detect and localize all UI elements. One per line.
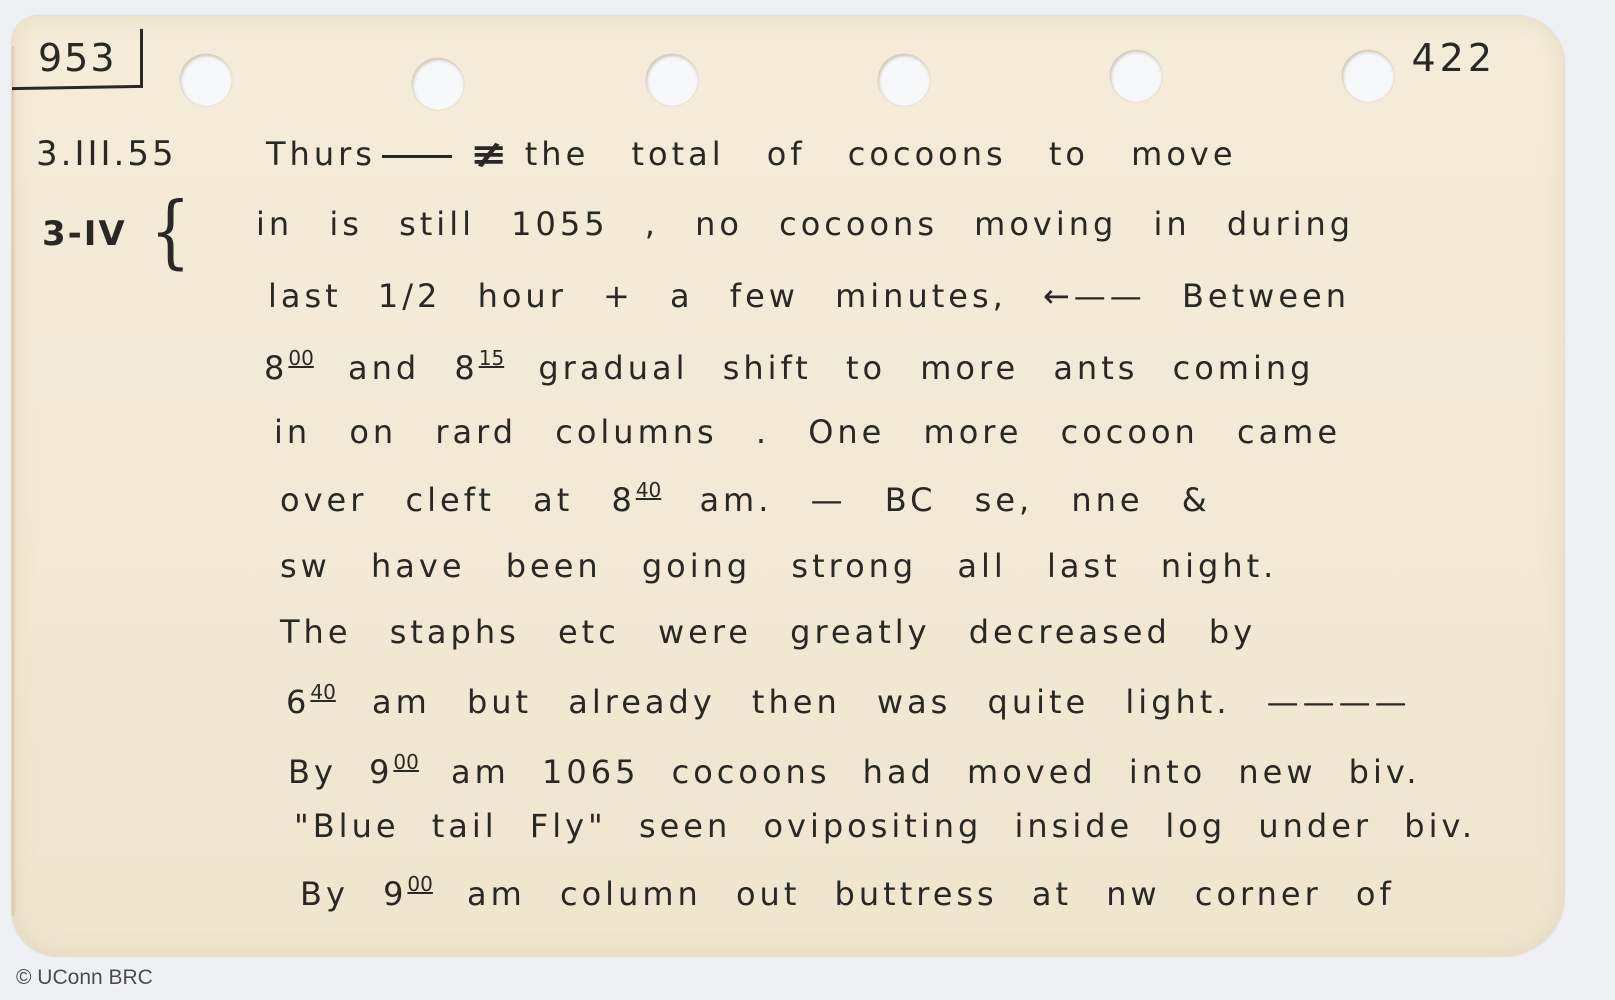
note-line-12-end: am column out buttress at nw corner of [433, 875, 1395, 913]
date-label: 3.III.55 [36, 134, 177, 174]
dash-mark [382, 155, 452, 158]
time-sup-00: 00 [393, 750, 418, 774]
note-line-4-end: gradual shift to more ants coming [504, 349, 1314, 387]
note-line-6-start: over cleft at 8 [280, 481, 636, 519]
note-line-7: sw have been going strong all last night… [280, 550, 1277, 582]
note-line-6-end: am. — BC se, nne & [661, 481, 1210, 519]
punch-hole-1 [180, 54, 232, 106]
time-sup-40: 40 [636, 478, 661, 502]
date-range-label: 3-IV [42, 214, 127, 254]
note-line-10-start: By 9 [288, 753, 393, 791]
punch-hole-4 [878, 54, 930, 106]
note-line-12: By 900 am column out buttress at nw corn… [300, 874, 1395, 910]
note-line-12-start: By 9 [300, 875, 407, 913]
note-line-8: The staphs etc were greatly decreased by [280, 616, 1256, 648]
crossed-out-mark: ≢ [470, 138, 513, 170]
card-edge-shadow [12, 46, 16, 916]
punch-hole-5 [1110, 50, 1162, 102]
note-line-2: in is still 1055 , no cocoons moving in … [256, 208, 1354, 240]
note-line-1-start: Thurs [266, 135, 376, 173]
note-line-11: "Blue tail Fly" seen ovipositing inside … [294, 810, 1476, 842]
notebook-card: 953 422 3.III.55 3-IV { Thurs≢the total … [12, 16, 1564, 956]
note-line-3: last 1/2 hour + a few minutes, ←—— Betwe… [268, 280, 1350, 312]
note-line-6: over cleft at 840 am. — BC se, nne & [280, 480, 1211, 516]
punch-hole-2 [412, 58, 464, 110]
note-line-1-end: the total of cocoons to move [525, 135, 1237, 173]
card-number: 953 [38, 36, 117, 80]
punch-hole-6 [1342, 50, 1394, 102]
brace-mark: { [150, 192, 191, 272]
note-line-4: 800 and 815 gradual shift to more ants c… [264, 348, 1314, 384]
time-8: 8 [264, 349, 288, 387]
page-number: 422 [1411, 36, 1496, 80]
time-sup-15: 15 [479, 346, 504, 370]
note-line-10: By 900 am 1065 cocoons had moved into ne… [288, 752, 1421, 788]
note-line-9-end: am but already then was quite light. ———… [336, 683, 1411, 721]
punch-hole-3 [646, 54, 698, 106]
note-line-1: Thurs≢the total of cocoons to move [266, 138, 1237, 170]
note-line-10-end: am 1065 cocoons had moved into new biv. [419, 753, 1421, 791]
time-sup-40: 40 [310, 680, 335, 704]
time-sup-00: 00 [288, 346, 313, 370]
copyright-watermark: © UConn BRC [16, 966, 153, 990]
note-line-9: 640 am but already then was quite light.… [286, 682, 1411, 718]
note-line-4-mid: and 8 [314, 349, 479, 387]
time-sup-00: 00 [407, 872, 432, 896]
note-line-5: in on rard columns . One more cocoon cam… [274, 416, 1341, 448]
time-6: 6 [286, 683, 310, 721]
